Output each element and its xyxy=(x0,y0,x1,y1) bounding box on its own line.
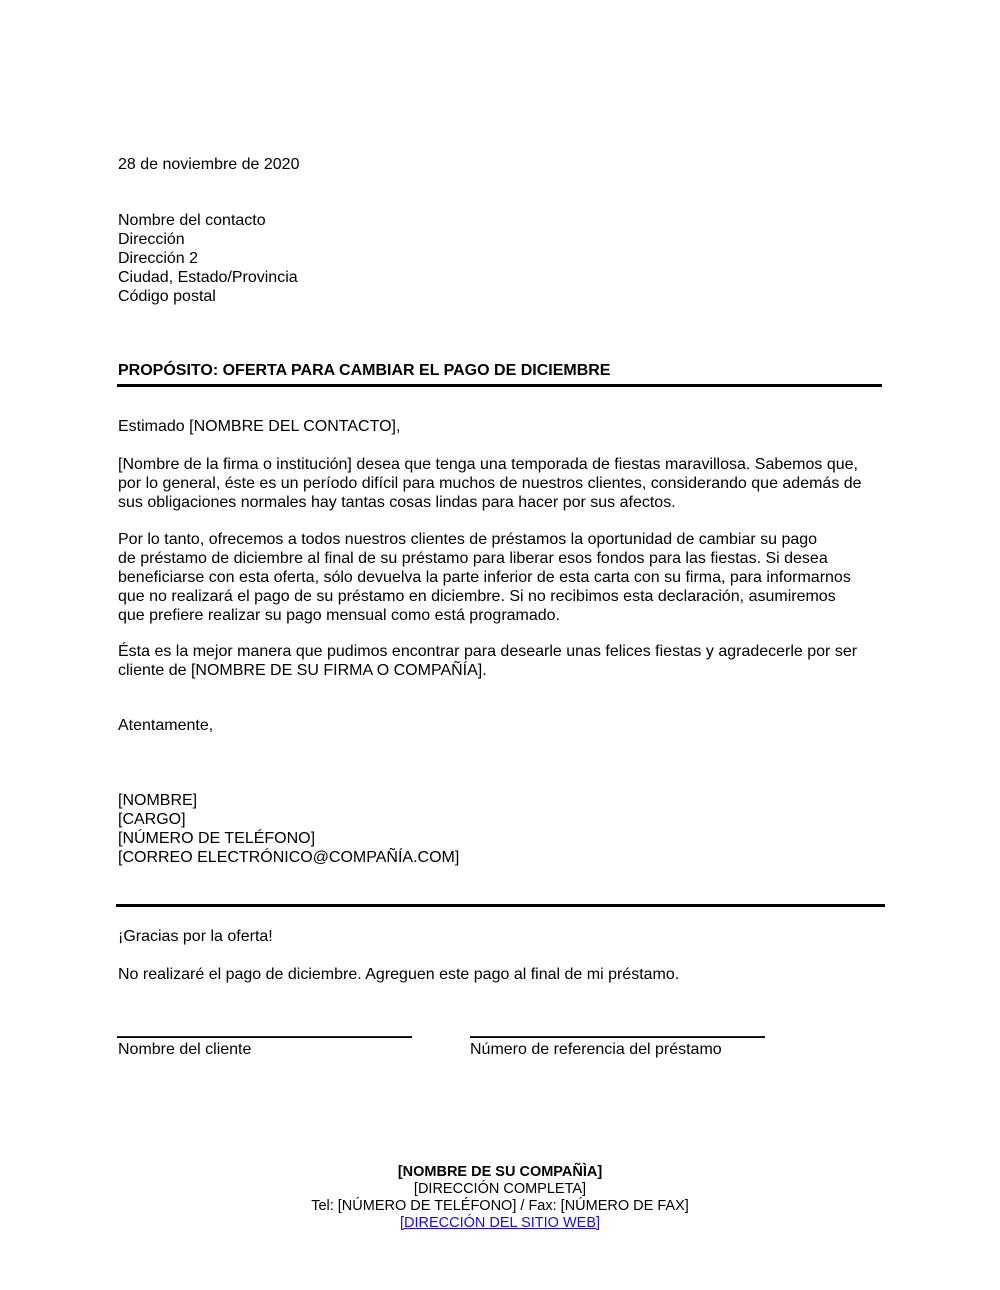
recipient-postal-code: Código postal xyxy=(118,287,298,306)
client-name-label: Nombre del cliente xyxy=(118,1040,251,1059)
client-name-field-line[interactable] xyxy=(117,1036,412,1038)
footer-website-link[interactable]: [DIRECCIÓN DEL SITIO WEB] xyxy=(400,1215,600,1231)
response-thanks: ¡Gracias por la oferta! xyxy=(118,927,273,946)
signature-title: [CARGO] xyxy=(118,810,459,829)
signature-email: [CORREO ELECTRÓNICO@COMPAÑÍA.COM] xyxy=(118,848,459,867)
purpose-heading: PROPÓSITO: OFERTA PARA CAMBIAR EL PAGO D… xyxy=(118,361,610,380)
letter-date: 28 de noviembre de 2020 xyxy=(118,155,299,174)
footer-company-name: [NOMBRE DE SU COMPAÑÌA] xyxy=(0,1164,1000,1181)
recipient-address-1: Dirección xyxy=(118,230,298,249)
paragraph-line: [Nombre de la firma o institución] desea… xyxy=(118,455,862,474)
letterhead-footer: [NOMBRE DE SU COMPAÑÌA] [DIRECCIÓN COMPL… xyxy=(0,1164,1000,1232)
paragraph-line: cliente de [NOMBRE DE SU FIRMA O COMPAÑÍ… xyxy=(118,661,857,680)
footer-contact: Tel: [NÚMERO DE TELÉFONO] / Fax: [NÚMERO… xyxy=(0,1198,1000,1215)
paragraph-line: que no realizará el pago de su préstamo … xyxy=(118,587,851,606)
heading-divider xyxy=(117,384,882,387)
recipient-city-state: Ciudad, Estado/Provincia xyxy=(118,268,298,287)
loan-reference-label: Número de referencia del préstamo xyxy=(470,1040,722,1059)
body-paragraph-1: [Nombre de la firma o institución] desea… xyxy=(118,455,862,512)
footer-address: [DIRECCIÓN COMPLETA] xyxy=(0,1181,1000,1198)
response-slip-divider xyxy=(116,904,885,907)
paragraph-line: sus obligaciones normales hay tantas cos… xyxy=(118,493,862,512)
paragraph-line: de préstamo de diciembre al final de su … xyxy=(118,549,851,568)
signature-name: [NOMBRE] xyxy=(118,791,459,810)
paragraph-line: Ésta es la mejor manera que pudimos enco… xyxy=(118,642,857,661)
body-paragraph-2: Por lo tanto, ofrecemos a todos nuestros… xyxy=(118,530,851,625)
recipient-address-block: Nombre del contacto Dirección Dirección … xyxy=(118,211,298,306)
closing: Atentamente, xyxy=(118,716,213,735)
paragraph-line: beneficiarse con esta oferta, sólo devue… xyxy=(118,568,851,587)
loan-reference-field-line[interactable] xyxy=(470,1036,765,1038)
paragraph-line: por lo general, éste es un período difíc… xyxy=(118,474,862,493)
salutation: Estimado [NOMBRE DEL CONTACTO], xyxy=(118,417,400,436)
recipient-name: Nombre del contacto xyxy=(118,211,298,230)
paragraph-line: Por lo tanto, ofrecemos a todos nuestros… xyxy=(118,530,851,549)
signature-block: [NOMBRE] [CARGO] [NÚMERO DE TELÉFONO] [C… xyxy=(118,791,459,867)
body-paragraph-3: Ésta es la mejor manera que pudimos enco… xyxy=(118,642,857,680)
response-statement: No realizaré el pago de diciembre. Agreg… xyxy=(118,965,679,984)
paragraph-line: que prefiere realizar su pago mensual co… xyxy=(118,606,851,625)
signature-phone: [NÚMERO DE TELÉFONO] xyxy=(118,829,459,848)
recipient-address-2: Dirección 2 xyxy=(118,249,298,268)
